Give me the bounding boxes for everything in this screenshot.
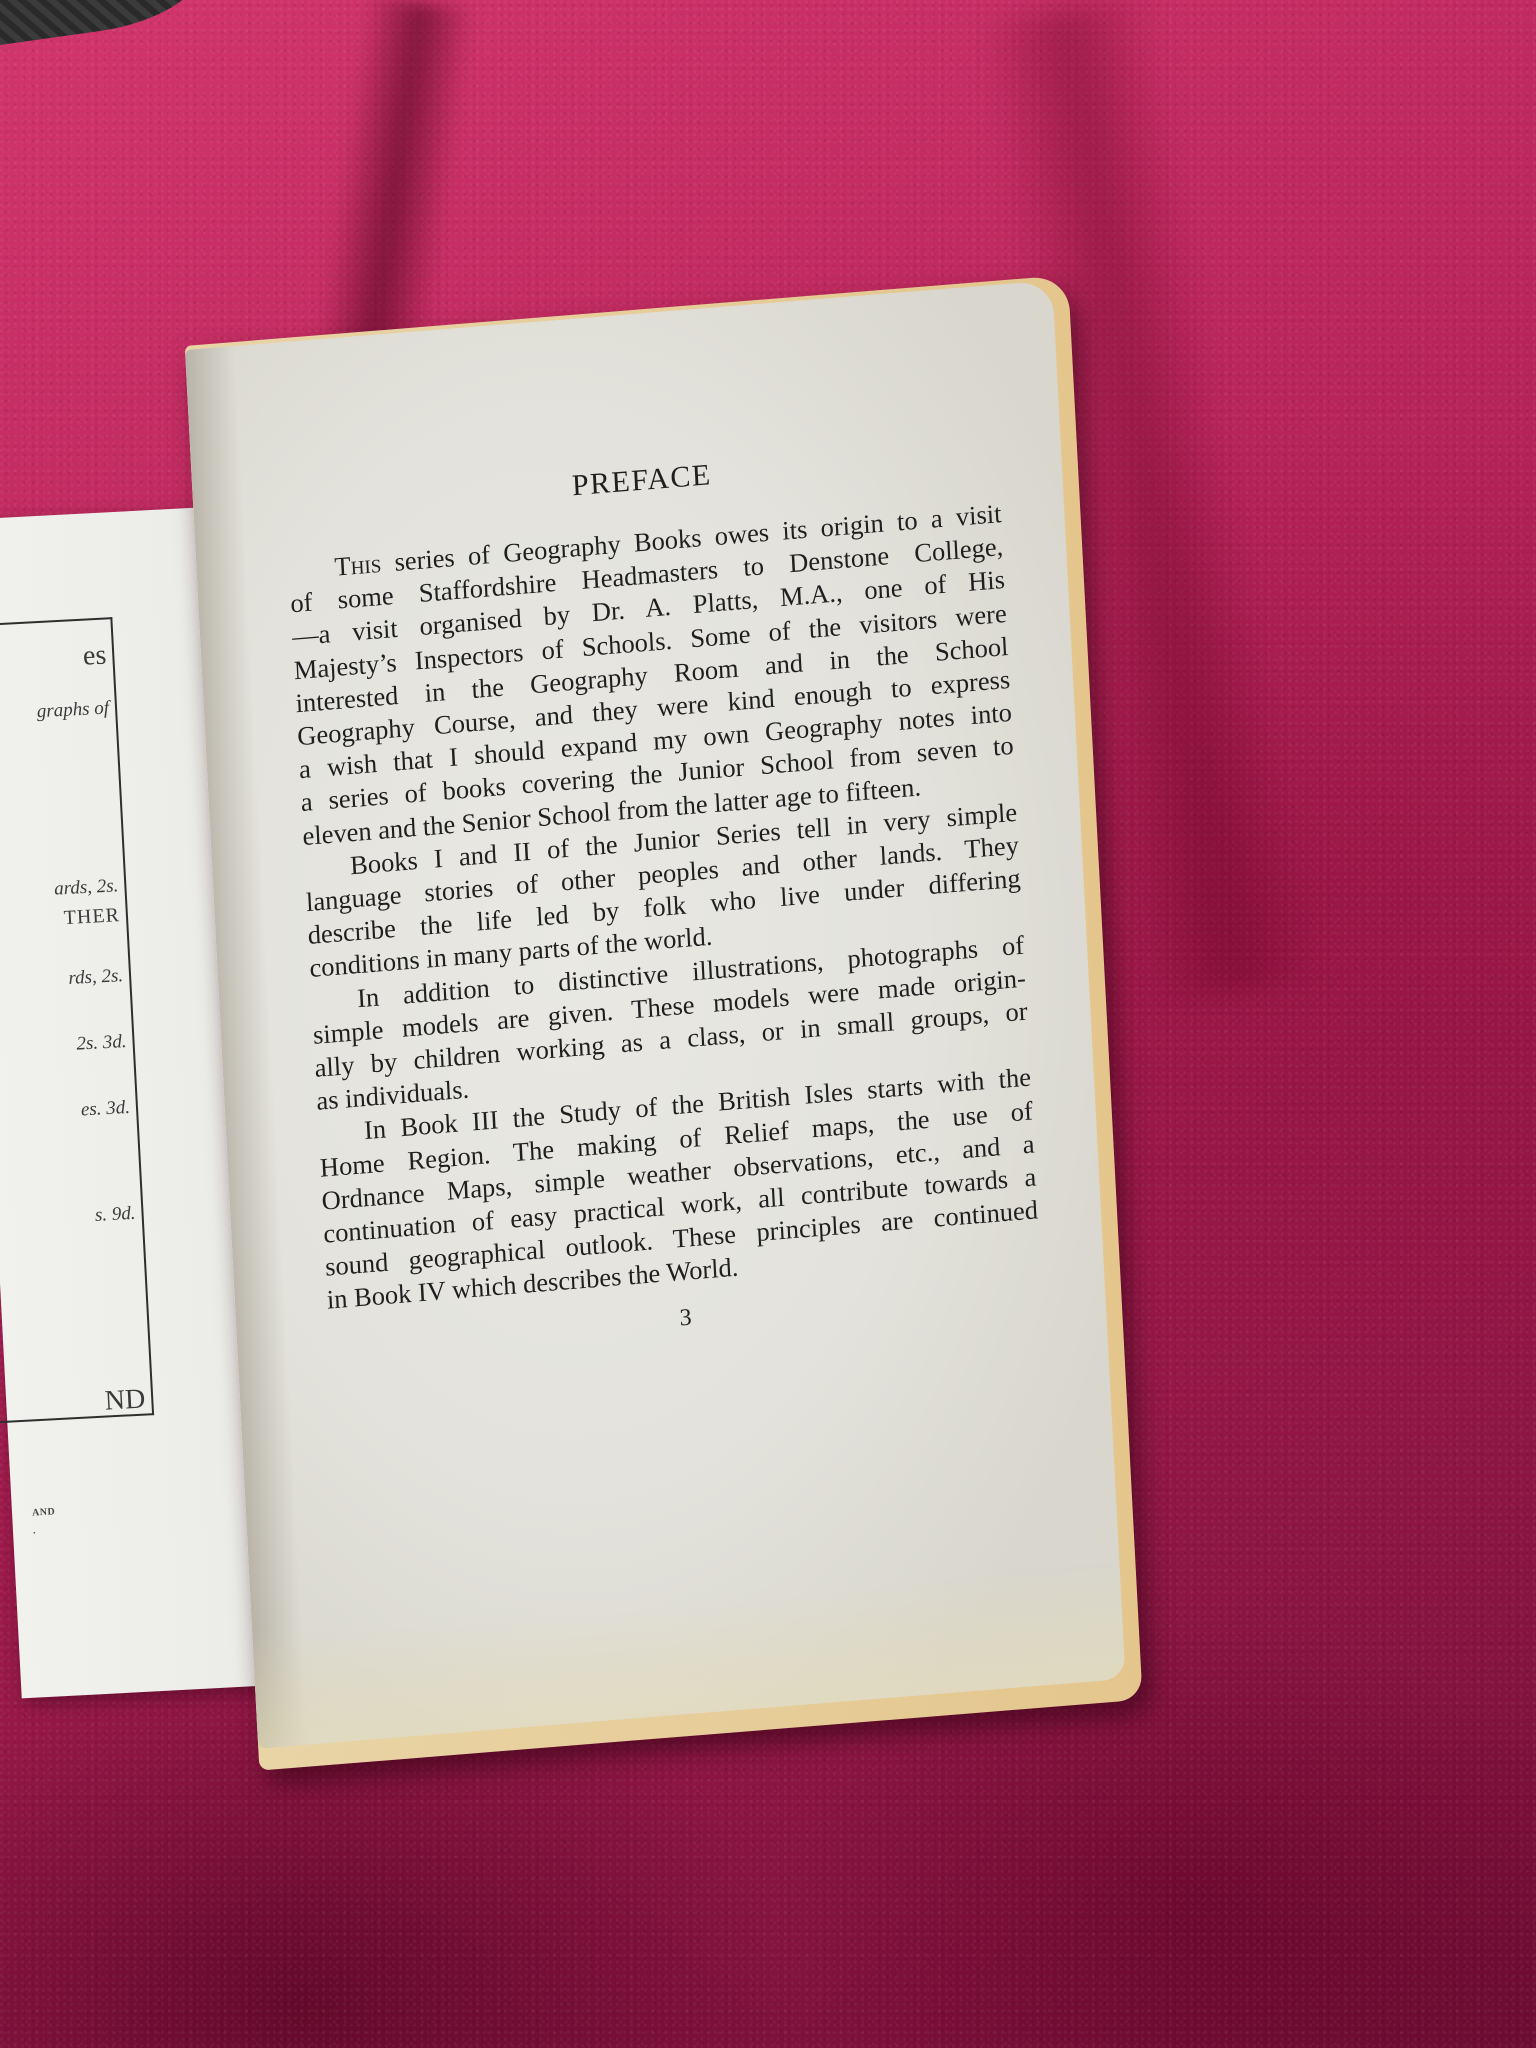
page-content: PREFACE This series of Geography Books o… [285, 435, 1043, 1360]
left-page-text: es. 3d. [80, 1097, 130, 1122]
lead-word: This [334, 548, 382, 582]
left-page-text: 2s. 3d. [76, 1031, 127, 1056]
right-page: PREFACE This series of Geography Books o… [185, 280, 1125, 1748]
left-page-text: rds, 2s. [68, 965, 124, 990]
left-page-footer: . [33, 1525, 37, 1536]
knit-fabric-corner [0, 0, 200, 45]
left-page-footer: AND [32, 1506, 56, 1518]
left-page-text: ND [104, 1384, 146, 1418]
left-page-border-box: es graphs of ards, 2s. THER rds, 2s. 2s.… [0, 617, 154, 1423]
left-page-text: THER [63, 904, 120, 930]
left-page-text: ards, 2s. [54, 875, 119, 900]
left-page-text: s. 9d. [94, 1203, 136, 1227]
left-page-text: es [82, 640, 107, 673]
page-sheet: PREFACE This series of Geography Books o… [185, 280, 1125, 1748]
left-page-text: graphs of [36, 697, 109, 723]
paragraph-1: This series of Geography Books owes its … [288, 497, 1016, 853]
